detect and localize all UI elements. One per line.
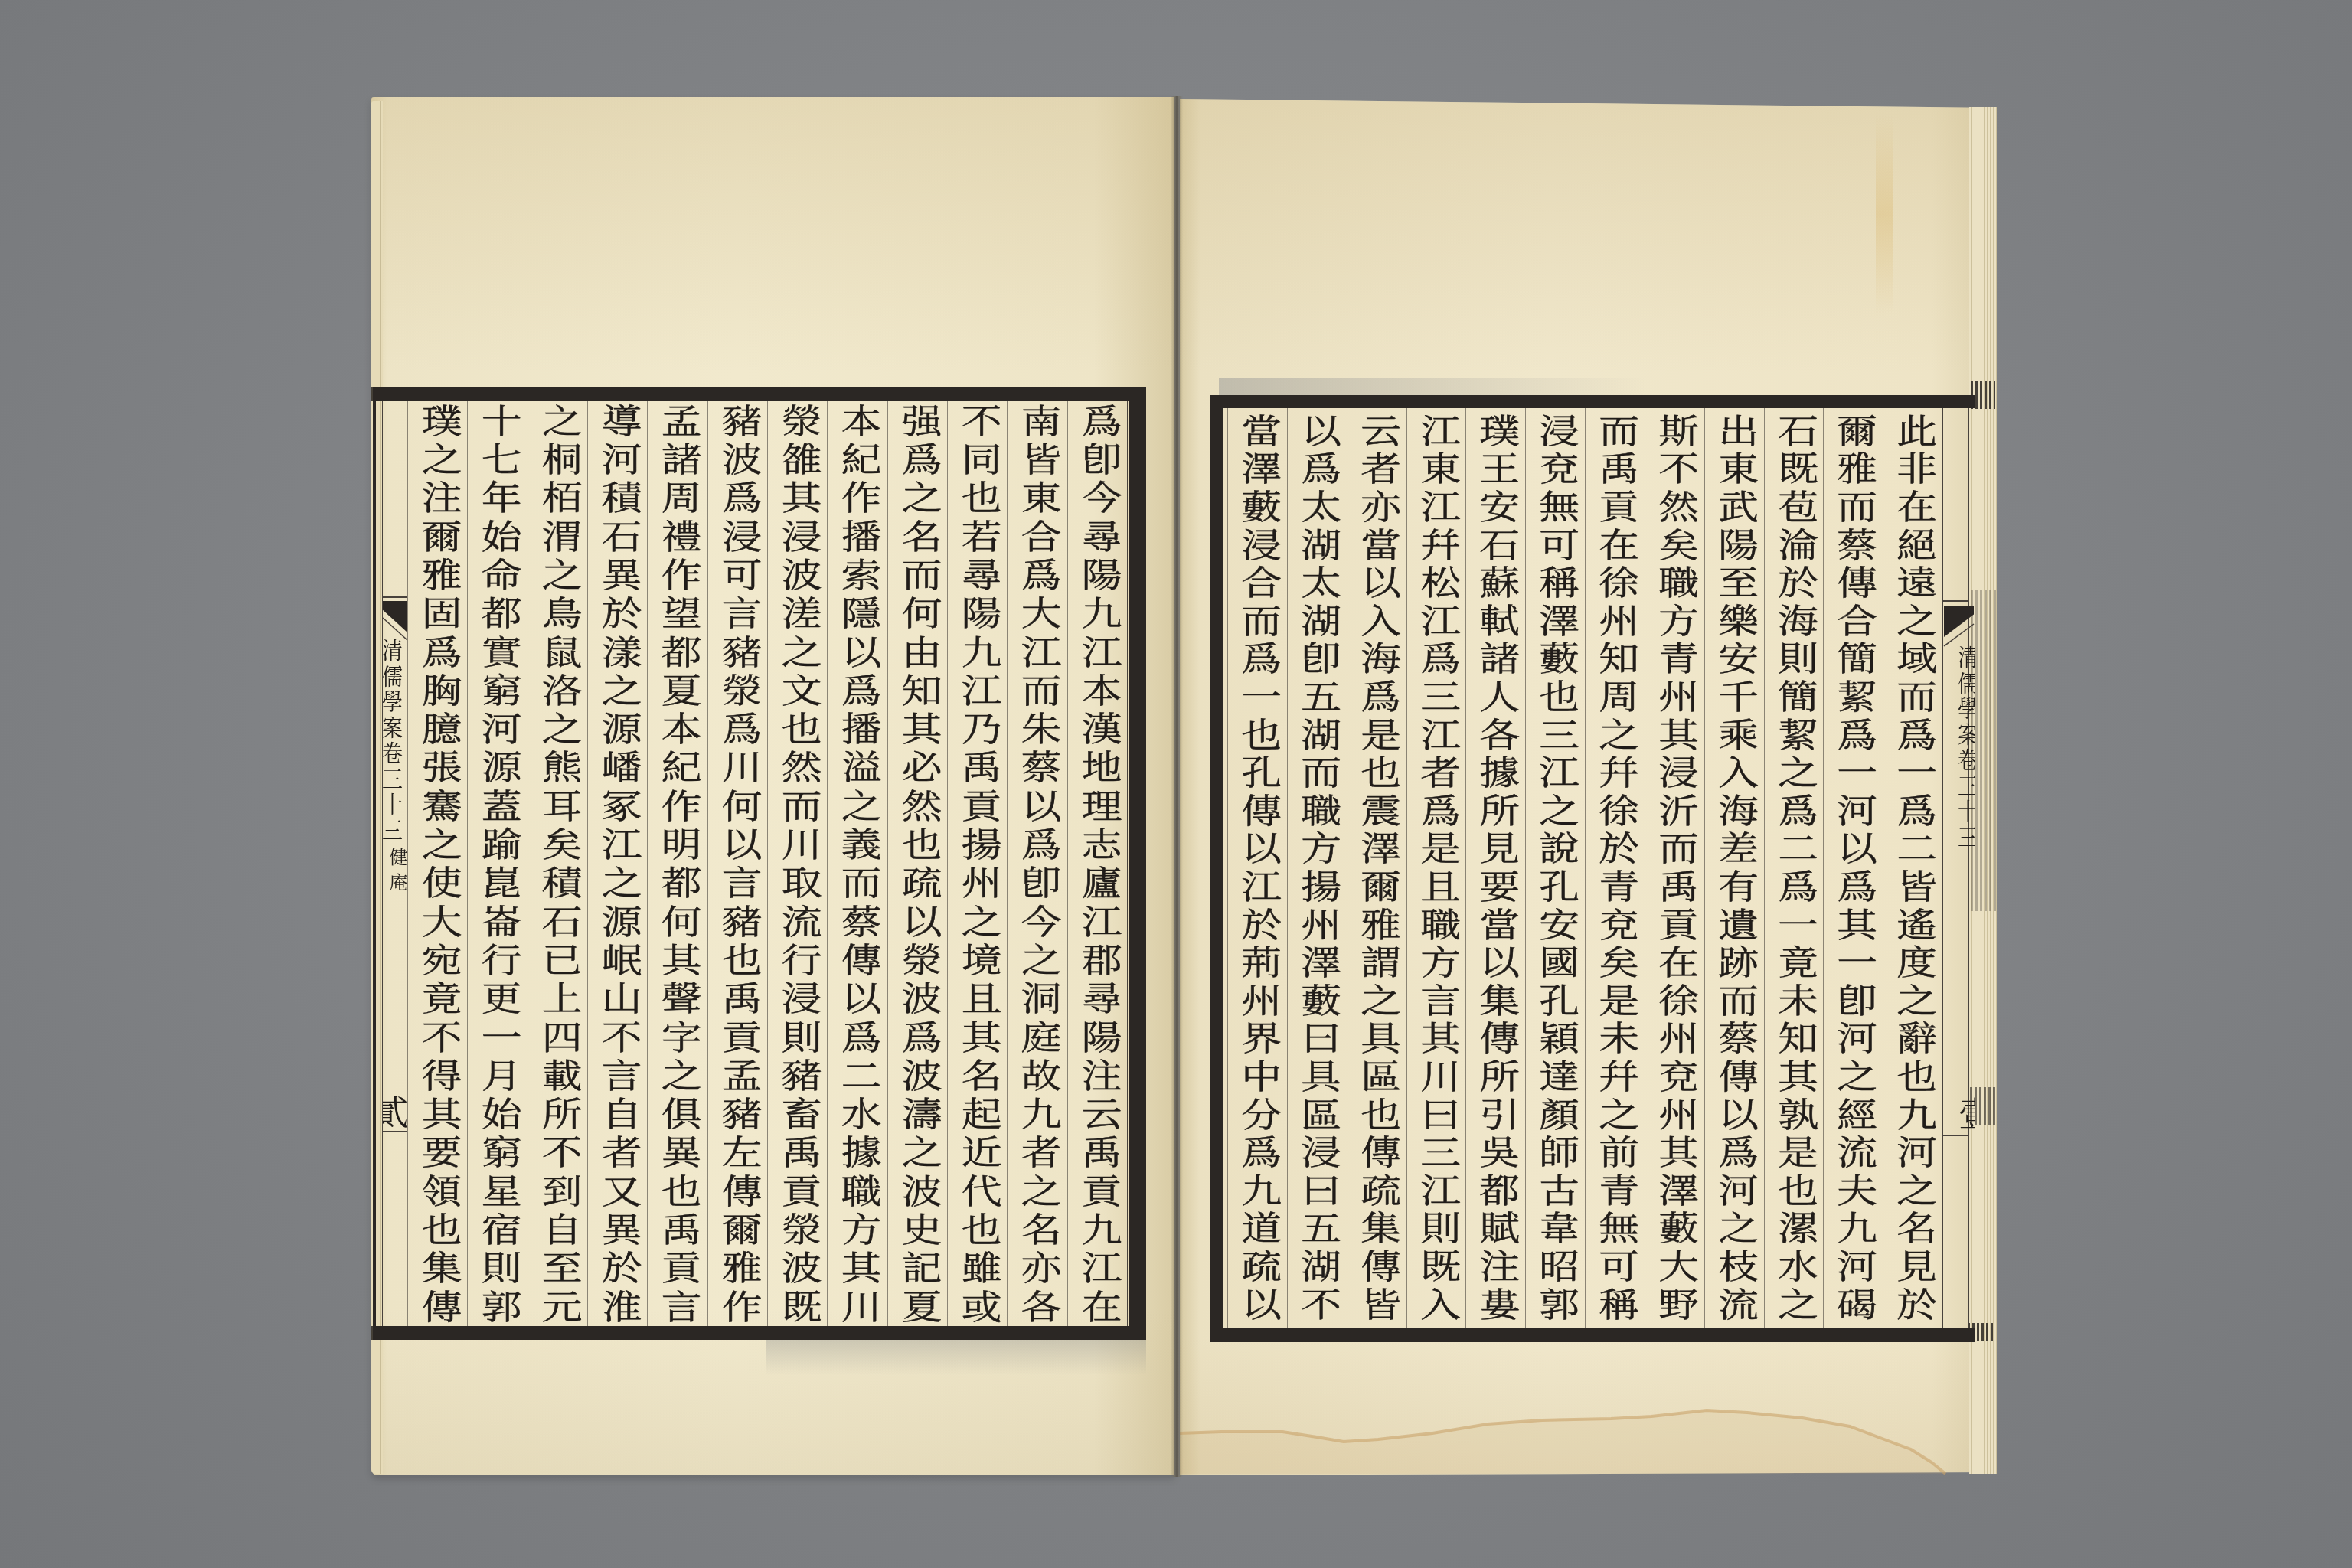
text-column: 石既苞淪於海則簡絜之爲二爲一竟未知其孰是也漯水之 bbox=[1764, 408, 1824, 1328]
water-stain bbox=[1180, 1401, 1997, 1478]
text-column: 孟諸周禮作望都夏本紀作明都何其聲字之俱異也禹貢言 bbox=[647, 401, 707, 1326]
text-column: 滎雒其浸波溠之文也然而川取流行浸則豬畜禹貢滎波既 bbox=[767, 401, 827, 1326]
book-spine-gutter bbox=[1171, 96, 1183, 1477]
left-text-columns: 爲卽今尋陽九江本漢地理志廬江郡尋陽注云禹貢九江在 南皆東合爲大江而朱蔡以爲卽今之… bbox=[407, 401, 1128, 1326]
text-column: 不同也若尋陽九江乃禹貢揚州之境且其名起近代也雖或 bbox=[947, 401, 1007, 1326]
right-banxin-fold-column: 清儒學案卷三十三 壹 bbox=[1943, 408, 1975, 1328]
banxin-book-title: 清儒學案卷三十三 bbox=[1953, 645, 1975, 851]
banxin-book-title: 清儒學案卷三十三 bbox=[382, 639, 402, 844]
text-column: 云者亦當以入海爲是也震澤爾雅謂之具區也傳疏集傳皆 bbox=[1347, 408, 1406, 1328]
text-column: 江東江幷松江爲三江者爲是且職方言其川曰三江則既入 bbox=[1406, 408, 1466, 1328]
text-column: 璞王安石蘇軾諸人各據所見要當以集傳所引吳都賦注婁 bbox=[1465, 408, 1525, 1328]
column-text: 當澤藪浸合而爲一也孔傳以江於荊州界中分爲九道疏以 bbox=[1222, 413, 1292, 1325]
column-text: 璞之注爾雅固爲胸臆張騫之使大宛竟不得其要領也集傳 bbox=[402, 403, 473, 1328]
text-column: 南皆東合爲大江而朱蔡以爲卽今之洞庭故九者之名亦各 bbox=[1007, 401, 1067, 1326]
text-column: 導河積石異於漾之源嶓冢江之源岷山不言自者又異於淮 bbox=[587, 401, 647, 1326]
text-column: 十七年始命都實窮河源蓋踰崑崙行更一月始窮星宿則郭 bbox=[467, 401, 527, 1326]
banxin-rule bbox=[1943, 1135, 1968, 1136]
text-column: 爾雅而蔡傳合簡絜爲一河以爲其一卽河之經流夫九河碣 bbox=[1823, 408, 1883, 1328]
text-column: 斯不然矣職方青州其浸沂而禹貢在徐州兗州其澤藪大野 bbox=[1645, 408, 1704, 1328]
text-column: 强爲之名而何由知其必然也疏以滎波爲波濤之波史記夏 bbox=[887, 401, 947, 1326]
text-column: 本紀作播索隱以爲播溢之義而蔡傳以爲二水據職方其川 bbox=[827, 401, 887, 1326]
foxing-streak bbox=[1876, 115, 1893, 314]
text-column: 此非在絕遠之域而爲一爲二皆遙度之辭也九河之名見於 bbox=[1883, 408, 1942, 1328]
text-column: 爲卽今尋陽九江本漢地理志廬江郡尋陽注云禹貢九江在 bbox=[1067, 401, 1127, 1326]
ink-offset-smudge bbox=[766, 1340, 1146, 1375]
text-column: 豬波爲浸可言豬滎爲川何以言豬也禹貢孟豬左傳爾雅作 bbox=[707, 401, 767, 1326]
banxin-rule bbox=[1943, 600, 1968, 602]
text-column: 之桐栢渭之鳥鼠洛之熊耳矣積石已上四載所不到自至元 bbox=[528, 401, 587, 1326]
page-number: 壹 bbox=[1955, 1096, 1975, 1130]
ink-offset-smudge bbox=[1219, 378, 1648, 395]
text-column: 而禹貢在徐州知周之幷徐於青兗矣是未幷之前青無可稱 bbox=[1585, 408, 1645, 1328]
text-column: 璞之注爾雅固爲胸臆張騫之使大宛竟不得其要領也集傳 bbox=[407, 401, 467, 1326]
text-column: 浸兗無可稱澤藪也三江之說孔安國孔穎達顏師古韋昭郭 bbox=[1525, 408, 1585, 1328]
text-column: 以爲太湖太湖卽五湖而職方揚州澤藪曰具區浸曰五湖不 bbox=[1287, 408, 1347, 1328]
right-page-print-frame: 此非在絕遠之域而爲一爲二皆遙度之辭也九河之名見於 爾雅而蔡傳合簡絜爲一河以爲其一… bbox=[1210, 395, 1975, 1342]
right-text-columns: 此非在絕遠之域而爲一爲二皆遙度之辭也九河之名見於 爾雅而蔡傳合簡絜爲一河以爲其一… bbox=[1227, 408, 1943, 1328]
text-column: 當澤藪浸合而爲一也孔傳以江於荊州界中分爲九道疏以 bbox=[1227, 408, 1287, 1328]
banxin-rule bbox=[1968, 408, 1969, 1328]
left-page-print-frame: 清儒學案卷三十三 健庵 貳 爲卽今尋陽九江本漢地理志廬江郡尋陽注云禹貢九江在 南… bbox=[373, 387, 1146, 1340]
book-photo-scene: 清儒學案卷三十三 健庵 貳 爲卽今尋陽九江本漢地理志廬江郡尋陽注云禹貢九江在 南… bbox=[0, 0, 2352, 1568]
text-column: 出東武陽至樂安千乘入海差有遺跡而蔡傳以爲河之枝流 bbox=[1704, 408, 1764, 1328]
